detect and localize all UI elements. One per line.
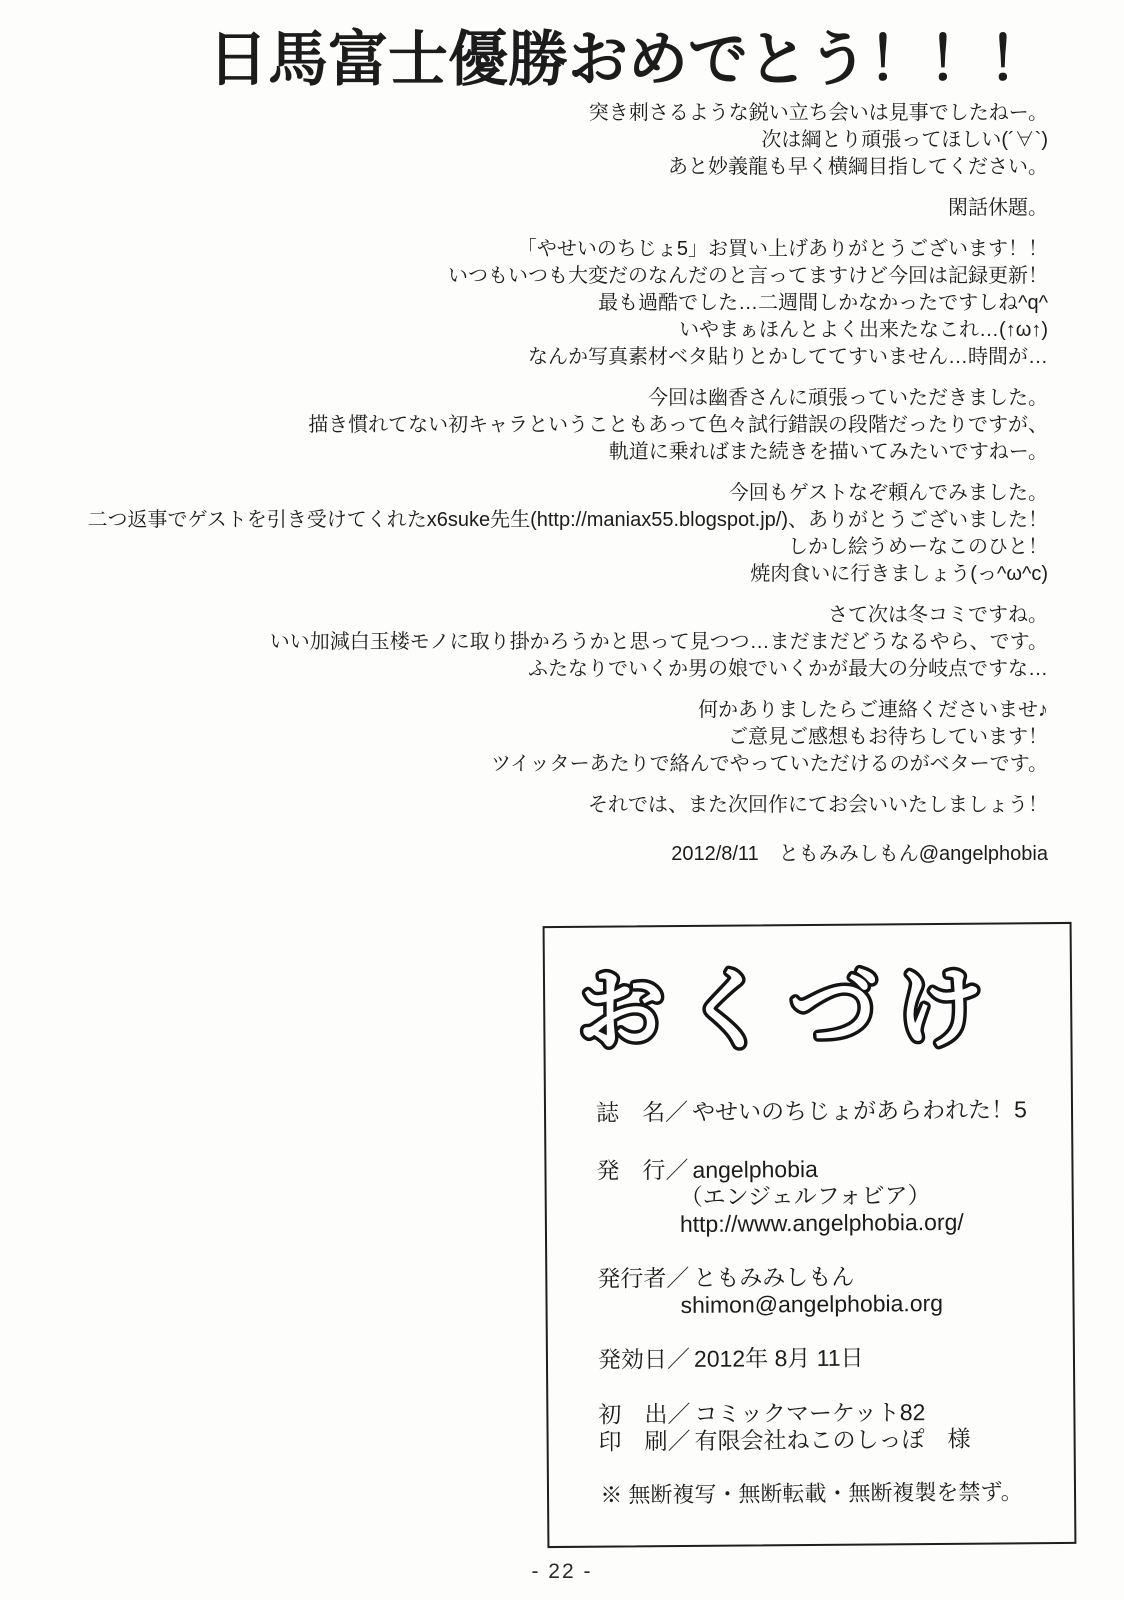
page-title: 日馬富士優勝おめでとう！！！ (50, 28, 1048, 92)
copyright-notice: ※ 無断複写・無断転載・無断複製を禁ず。 (549, 1475, 1074, 1510)
text-line: 最も過酷でした…二週間しかなかったですしね^q^ (50, 290, 1048, 317)
colophon-circle-name: （エンジェルフォビア） (680, 1182, 931, 1211)
text-line: 二つ返事でゲストを引き受けてくれたx6suke先生(http://maniax5… (50, 507, 1048, 534)
colophon-label: 発 行／ (596, 1157, 692, 1185)
colophon-row-date: 発効日／ 2012年 8月 11日 (598, 1343, 1059, 1374)
contact-paragraph: 何かありましたらご連絡くださいませ♪ ご意見ご感想もお待ちしています！ ツイッタ… (50, 697, 1048, 778)
winter-comiket-paragraph: さて次は冬コミですね。 いい加減白玉楼モノに取り掛かろうかと思って見つつ…まだま… (50, 602, 1048, 683)
colophon-row-printer: 印 刷／ 有限会社ねこのしっぽ 様 (599, 1425, 1060, 1456)
colophon-box: おくづけ 誌 名／ やせいのちじょがあらわれた！5 発 行／ angelphob… (543, 922, 1077, 1548)
colophon-label: 誌 名／ (596, 1099, 692, 1127)
colophon-value: 2012年 8月 11日 (694, 1345, 864, 1373)
text-line: なんか写真素材ベタ貼りとかしててすいません…時間が… (50, 344, 1048, 371)
scanned-afterword-page: { "header": { "title": "日馬富士優勝おめでとう！！！" … (0, 0, 1124, 1600)
colophon-value: やせいのちじょがあらわれた！5 (692, 1096, 1027, 1126)
page-number: - 22 - (0, 1560, 1124, 1584)
text-line: 「やせいのちじょ5」お買い上げありがとうございます！！ (50, 236, 1048, 263)
text-line: 軌道に乗ればまた続きを描いてみたいですねー。 (50, 439, 1048, 466)
thanks-paragraph: 「やせいのちじょ5」お買い上げありがとうございます！！ いつもいつも大変だのなん… (50, 236, 1048, 371)
text-line: あと妙義龍も早く横綱目指してください。 (50, 154, 1048, 181)
text-line: いやまぁほんとよく出来たなこれ…(↑ω↑) (50, 317, 1048, 344)
text-line: 描き慣れてない初キャラということもあって色々試行錯誤の段階だったりですが、 (50, 412, 1048, 439)
colophon-label: 初 出／ (598, 1401, 694, 1429)
guest-paragraph: 今回もゲストなぞ頼んでみました。 二つ返事でゲストを引き受けてくれたx6suke… (50, 480, 1048, 588)
text-line: 何かありましたらご連絡くださいませ♪ (50, 697, 1048, 724)
text-line: ツイッターあたりで絡んでやっていただけるのがベターです。 (50, 751, 1048, 778)
colophon-value: ともみみしもん (693, 1264, 854, 1292)
closing-line: それでは、また次回作にてお会いいたしましょう！ (50, 792, 1048, 819)
text-line: 焼肉食いに行きましょう(っ^ω^c) (50, 561, 1048, 588)
colophon-row-author: 発行者／ ともみみしもん (597, 1262, 1058, 1293)
text-line: それでは、また次回作にてお会いいたしましょう！ (50, 792, 1048, 819)
colophon-title-text: おくづけ (577, 958, 1002, 1060)
colophon-row-title: 誌 名／ やせいのちじょがあらわれた！5 (596, 1096, 1057, 1127)
colophon-label: 発効日／ (598, 1346, 694, 1374)
text-line: いつもいつも大変だのなんだのと言ってますけど今回は記録更新！ (50, 263, 1048, 290)
yuuka-paragraph: 今回は幽香さんに頑張っていただきました。 描き慣れてない初キャラということもあっ… (50, 385, 1048, 466)
colophon-label: 発行者／ (597, 1265, 693, 1293)
afterword-text-column: 日馬富士優勝おめでとう！！！ 突き刺さるような鋭い立ち会いは見事でしたねー。 次… (50, 28, 1048, 868)
signoff-line: 2012/8/11 ともみみしもん@angelphobia (50, 841, 1048, 868)
colophon-email: shimon@angelphobia.org (680, 1290, 943, 1319)
text-line: 次は綱とり頑張ってほしい(´∀`) (50, 127, 1048, 154)
text-line: いい加減白玉楼モノに取り掛かろうかと思って見つつ…まだまだどうなるやら、です。 (50, 629, 1048, 656)
colophon-row-publisher: 発 行／ angelphobia (596, 1154, 1057, 1185)
text-line: 今回もゲストなぞ頼んでみました。 (50, 480, 1048, 507)
colophon-website-url: http://www.angelphobia.org/ (680, 1209, 964, 1238)
colophon-value: 有限会社ねこのしっぽ 様 (695, 1426, 971, 1455)
text-line: しかし絵うめーなこのひと！ (50, 534, 1048, 561)
text-line: ご意見ご感想もお待ちしています！ (50, 724, 1048, 751)
text-line: 今回は幽香さんに頑張っていただきました。 (50, 385, 1048, 412)
colophon-label: 印 刷／ (599, 1428, 695, 1456)
text-line: 突き刺さるような鋭い立ち会いは見事でしたねー。 (50, 100, 1048, 127)
text-line: 閑話休題。 (50, 195, 1048, 222)
colophon-value: angelphobia (692, 1156, 818, 1184)
text-line: さて次は冬コミですね。 (50, 602, 1048, 629)
sumo-greeting-paragraph: 突き刺さるような鋭い立ち会いは見事でしたねー。 次は綱とり頑張ってほしい(´∀`… (50, 100, 1048, 181)
colophon-value: コミックマーケット82 (694, 1399, 925, 1428)
colophon-row-first-release: 初 出／ コミックマーケット82 (598, 1398, 1059, 1429)
colophon-handwritten-title: おくづけ (571, 942, 1042, 1071)
interlude-line: 閑話休題。 (50, 195, 1048, 222)
text-line: ふたなりでいくか男の娘でいくかが最大の分岐点ですな… (50, 656, 1048, 683)
